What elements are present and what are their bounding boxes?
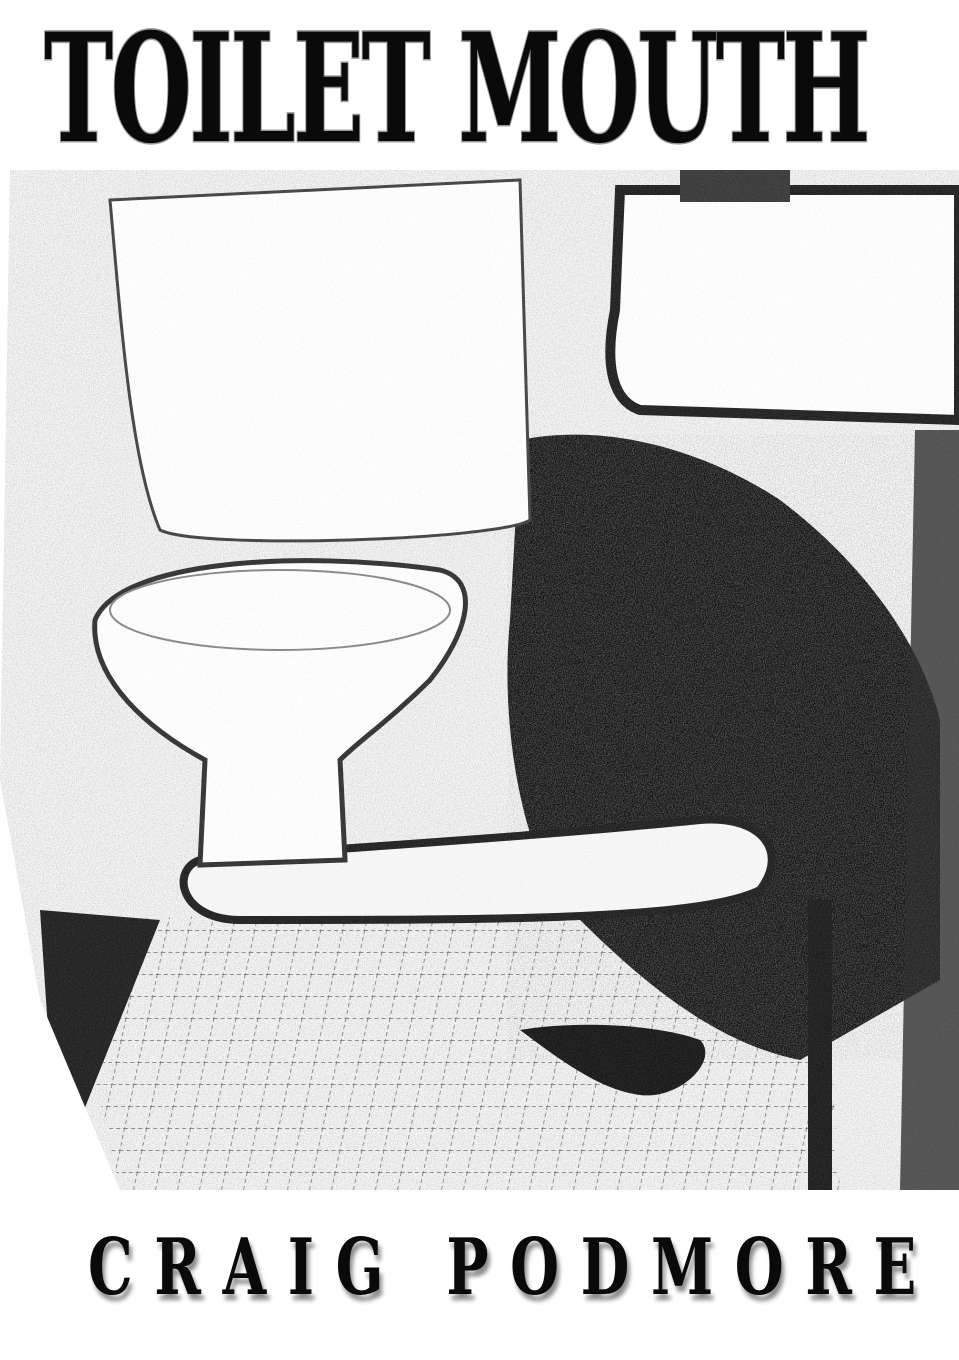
book-title: TOILET MOUTH: [44, 14, 596, 164]
cover-photo: [0, 160, 959, 1190]
author-name: CRAIG PODMORE: [88, 1228, 938, 1308]
